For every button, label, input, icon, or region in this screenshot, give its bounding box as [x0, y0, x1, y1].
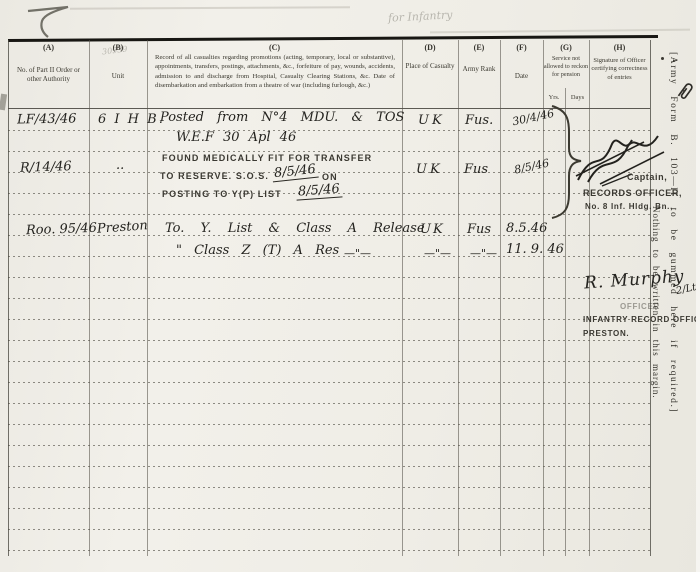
col-label-e: Army Rank — [458, 62, 500, 77]
col-label-h: Signature of Officer certifying correctn… — [591, 57, 648, 82]
row2-stamp-line2-post: ON — [322, 172, 338, 182]
col-letter-g: (G) — [543, 43, 589, 52]
row3-rank: Fus — [467, 222, 491, 237]
col-letter-e: (E) — [458, 43, 500, 52]
row4-date: 11. 9. 46 — [506, 242, 564, 257]
table-top-border — [8, 35, 658, 42]
stamp-captain: Captain, — [627, 172, 667, 182]
column-divider — [8, 40, 9, 556]
column-divider — [500, 40, 501, 556]
col-letter-c: (C) — [147, 43, 402, 52]
col-label-f: Date — [500, 72, 543, 81]
column-divider — [589, 40, 590, 556]
column-divider — [458, 40, 459, 556]
col-label-d: Place of Casualty — [402, 62, 458, 71]
row1-place: UK — [418, 113, 445, 128]
scanned-army-form: for Infantry (A) No. of Part II Order or… — [0, 0, 700, 572]
col-label-a: No. of Part II Order or other Authority — [10, 66, 87, 84]
stamp-holding-bn: No. 8 Inf. Hldg. Bn., — [585, 202, 673, 211]
ink-speck — [683, 90, 685, 92]
stamp-records-officer: RECORDS OFFICER, — [583, 188, 682, 198]
stamp-infantry-record-office: INFANTRY RECORD OFFICE, — [583, 315, 700, 324]
scan-right-edge — [696, 0, 700, 572]
row4-record: " Class Z (T) A Res — [176, 243, 339, 258]
row2-posting-date-value: 8/5/46 — [296, 181, 343, 200]
pencil-unit-note: 30939 — [102, 44, 128, 56]
col-letter-a: (A) — [8, 43, 89, 52]
ink-speck — [661, 57, 664, 60]
margin-note-inner: Nothing to be written in this margin. — [651, 206, 661, 556]
col-label-g: Service not allowed to reckon for pensio… — [543, 55, 589, 79]
stamp-officer-faint: OFFICER — [620, 302, 660, 311]
column-divider — [89, 40, 90, 556]
col-label-c: Record of all casualties regarding promo… — [155, 53, 395, 90]
scan-smudge — [430, 29, 690, 34]
row1-record-line2: W.E.F 30 Apl 46 — [176, 130, 296, 145]
row1-authority: LF/43/46 — [17, 111, 77, 127]
row3-place: UK — [420, 222, 445, 237]
row3-authority: Roo. 95/46 — [26, 221, 97, 238]
row2-authority: R/14/46 — [20, 159, 72, 176]
row1-unit: 6 I H B. — [98, 112, 165, 127]
row4-record-ditto: —"— — [344, 247, 371, 260]
row2-stamp-line2-pre: TO RESERVE. S.O.S. — [160, 171, 269, 181]
row1-rank: Fus. — [465, 113, 493, 128]
col-sublabel-days: Days — [566, 94, 589, 102]
row2-unit-ditto: .. — [116, 158, 124, 173]
col-letter-f: (F) — [500, 43, 543, 52]
stamp-preston: PRESTON. — [583, 329, 629, 338]
col-letter-d: (D) — [402, 43, 458, 52]
row4-rank-ditto: —"— — [470, 247, 497, 260]
col-label-b: Unit — [89, 72, 147, 81]
row3-record: To. Y. List & Class A Release — [165, 221, 425, 236]
row2-rank: Fus — [464, 162, 488, 177]
scan-smudge — [70, 6, 350, 9]
row2-stamp-line1: FOUND MEDICALLY FIT FOR TRANSFER — [162, 153, 372, 163]
row2-place: UK — [416, 162, 443, 177]
row2-stamp-line3: POSTING TO Y(P) LIST — [162, 189, 282, 199]
row2-stamp-line2: TO RESERVE. S.O.S. — [160, 171, 269, 181]
margin-note-outer: [Army Form B. 103—II to be gummed here i… — [668, 52, 678, 564]
scan-edge-artifact — [0, 94, 7, 111]
row3-date: 8.5.46 — [506, 221, 547, 236]
pencil-top-note: for Infantry — [388, 8, 453, 24]
row1-record-line1: Posted from N°4 MDU. & TOS — [160, 110, 404, 125]
row2-posting-date: 8/5/46 — [296, 181, 343, 199]
col-letter-h: (H) — [589, 43, 650, 52]
col-sublabel-yrs: Yrs. — [543, 94, 565, 102]
row4-place-ditto: —"— — [424, 247, 451, 260]
